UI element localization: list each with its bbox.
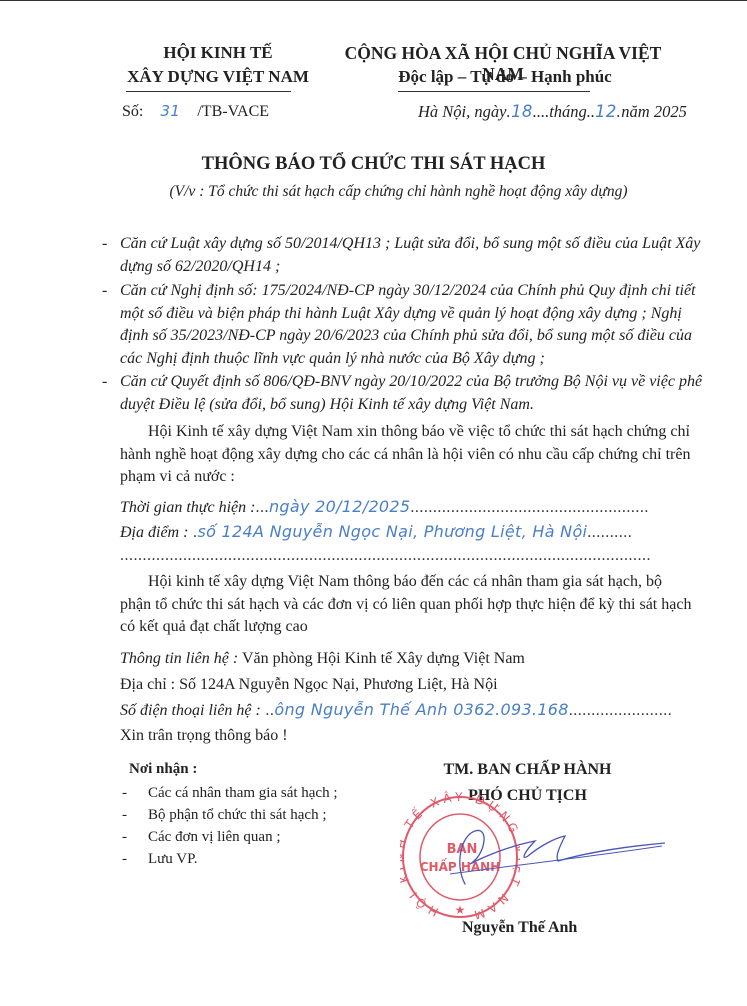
closing-paragraph: Hội kinh tế xây dựng Việt Nam thông báo … xyxy=(120,571,695,639)
nation-motto: Độc lập – Tự do – Hạnh phúc xyxy=(390,67,620,87)
basis-item: - Căn cứ Luật xây dựng số 50/2014/QH13 ;… xyxy=(104,233,704,278)
recipients-title: Nơi nhận : xyxy=(129,761,197,778)
recipient-item: -Các đơn vị liên quan ; xyxy=(122,826,281,848)
contact-address: Địa chỉ : Số 124A Nguyễn Ngọc Nại, Phươn… xyxy=(120,673,498,697)
contact-phone: Số điện thoại liên hệ : ..ông Nguyễn Thế… xyxy=(120,698,672,723)
contact-info: Thông tin liên hệ : Văn phòng Hội Kinh t… xyxy=(120,647,525,671)
location-field: Địa điểm : .số 124A Nguyễn Ngọc Nại, Phư… xyxy=(120,520,632,545)
basis-item: - Căn cứ Nghị định số: 175/2024/NĐ-CP ng… xyxy=(104,280,704,370)
date-month: 12 xyxy=(595,102,617,121)
location-label: Địa điểm : xyxy=(120,524,188,541)
contact-info-label: Thông tin liên hệ : xyxy=(120,650,238,667)
time-field: Thời gian thực hiện :...ngày 20/12/2025.… xyxy=(120,495,649,520)
recipient-item: -Lưu VP. xyxy=(122,848,198,870)
doc-number-value: 31 xyxy=(147,102,193,120)
intro-paragraph: Hội Kinh tế xây dựng Việt Nam xin thông … xyxy=(120,421,695,489)
recipient-item: -Bộ phận tổ chức thi sát hạch ; xyxy=(122,804,327,826)
recipient-item: -Các cá nhân tham gia sát hạch ; xyxy=(122,782,338,804)
date-day: 18 xyxy=(511,102,533,121)
org-name-line-2: XÂY DỰNG VIỆT NAM xyxy=(118,67,318,87)
org-underline xyxy=(126,91,291,92)
signer-name: Nguyễn Thế Anh xyxy=(462,919,577,937)
phone-value: ông Nguyễn Thế Anh 0362.093.168 xyxy=(274,700,568,719)
signer-organization-title: TM. BAN CHẤP HÀNH xyxy=(420,761,635,779)
basis-item: - Căn cứ Quyết định số 806/QĐ-BNV ngày 2… xyxy=(104,371,704,416)
location-value: số 124A Nguyễn Ngọc Nại, Phương Liệt, Hà… xyxy=(197,522,587,541)
place-prefix: Hà Nội, ngày xyxy=(418,102,506,121)
svg-text:★: ★ xyxy=(455,903,466,917)
month-label: ....tháng.. xyxy=(533,102,595,121)
handwritten-signature-icon xyxy=(430,826,665,886)
regards-text: Xin trân trọng thông báo ! xyxy=(120,724,288,748)
doc-number-suffix: /TB-VACE xyxy=(197,103,269,120)
time-value: ngày 20/12/2025 xyxy=(269,497,410,516)
dotted-line: ........................................… xyxy=(120,544,651,568)
contact-info-value: Văn phòng Hội Kinh tế Xây dựng Việt Nam xyxy=(242,650,525,667)
year-label: năm 2025 xyxy=(621,102,687,121)
document-subtitle: (V/v : Tổ chức thi sát hạch cấp chứng ch… xyxy=(0,183,747,201)
phone-label: Số điện thoại liên hệ : xyxy=(120,702,261,719)
motto-underline xyxy=(398,91,590,92)
doc-number: Số: 31 /TB-VACE xyxy=(122,102,269,121)
time-label: Thời gian thực hiện : xyxy=(120,499,255,516)
document-title: THÔNG BÁO TỔ CHỨC THI SÁT HẠCH xyxy=(0,154,747,175)
place-date: Hà Nội, ngày.18....tháng..12.năm 2025 xyxy=(418,102,687,122)
doc-number-label: Số: xyxy=(122,103,143,120)
org-name-line-1: HỘI KINH TẾ xyxy=(128,43,308,63)
